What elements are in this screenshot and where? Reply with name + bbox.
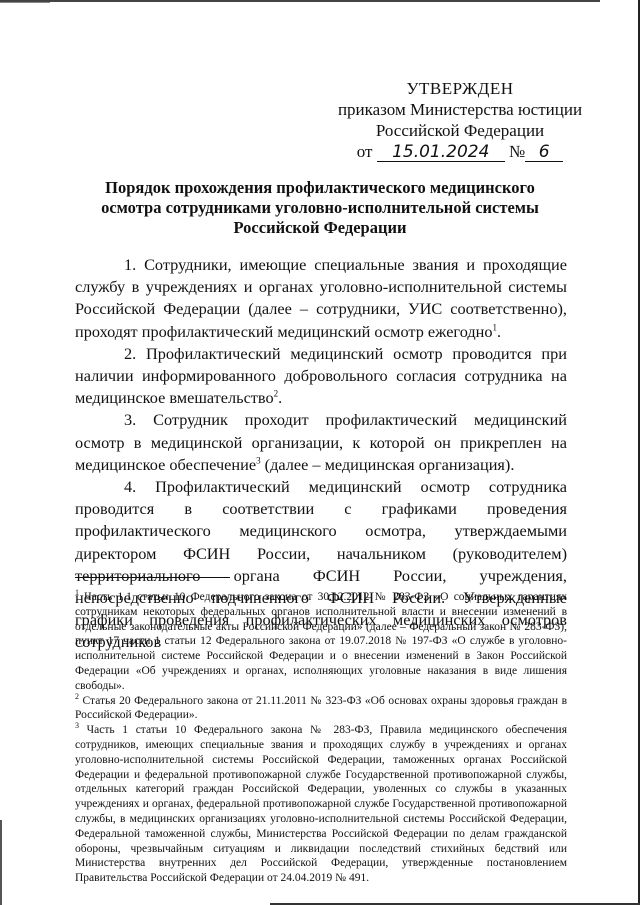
footnote-mark: 1 (75, 588, 79, 597)
approval-stamp: УТВЕРЖДЕН приказом Министерства юстиции … (330, 78, 590, 162)
title-line-2: осмотра сотрудниками уголовно-исполнител… (90, 198, 550, 218)
paragraph-3: 3. Сотрудник проходит профилактический м… (75, 409, 567, 476)
footnote-text: Статья 20 Федерального закона от 21.11.2… (75, 695, 567, 722)
paragraph-tail: (далее – медицинская организация). (261, 455, 515, 474)
scan-edge-top (0, 0, 600, 2)
footnote-mark: 3 (75, 721, 79, 730)
handwritten-date: 15.01.2024 (377, 143, 505, 162)
number-label: № (509, 142, 525, 161)
footnote-text: Часть 1.1 статьи 10 Федерального закона … (75, 591, 567, 692)
paragraph-tail: . (278, 388, 282, 407)
paragraph-tail: . (497, 322, 501, 341)
approval-line-1: приказом Министерства юстиции (330, 99, 590, 120)
scan-edge-top-shadow (0, 2, 50, 3)
approval-signature-line: от 15.01.2024 №6 (330, 141, 590, 162)
paragraph-text: 2. Профилактический медицинский осмотр п… (75, 344, 567, 407)
title-line-3: Российской Федерации (90, 218, 550, 238)
from-label: от (357, 142, 373, 161)
footnotes: 1 Часть 1.1 статьи 10 Федерального закон… (75, 590, 567, 886)
document-title: Порядок прохождения профилактического ме… (90, 178, 550, 238)
approval-title: УТВЕРЖДЕН (330, 78, 590, 99)
footnote-2: 2 Статья 20 Федерального закона от 21.11… (75, 694, 567, 724)
approval-line-2: Российской Федерации (330, 120, 590, 141)
footnote-text: Часть 1 статьи 10 Федерального закона № … (75, 724, 567, 884)
title-line-1: Порядок прохождения профилактического ме… (90, 178, 550, 198)
paragraph-2: 2. Профилактический медицинский осмотр п… (75, 343, 567, 410)
paragraph-1: 1. Сотрудники, имеющие специальные звани… (75, 254, 567, 343)
footnote-3: 3 Часть 1 статьи 10 Федерального закона … (75, 723, 567, 886)
handwritten-number: 6 (525, 143, 563, 162)
scan-edge-left (0, 820, 2, 905)
footnote-1: 1 Часть 1.1 статьи 10 Федерального закон… (75, 590, 567, 694)
footnote-separator (75, 577, 230, 578)
footnote-mark: 2 (75, 692, 79, 701)
